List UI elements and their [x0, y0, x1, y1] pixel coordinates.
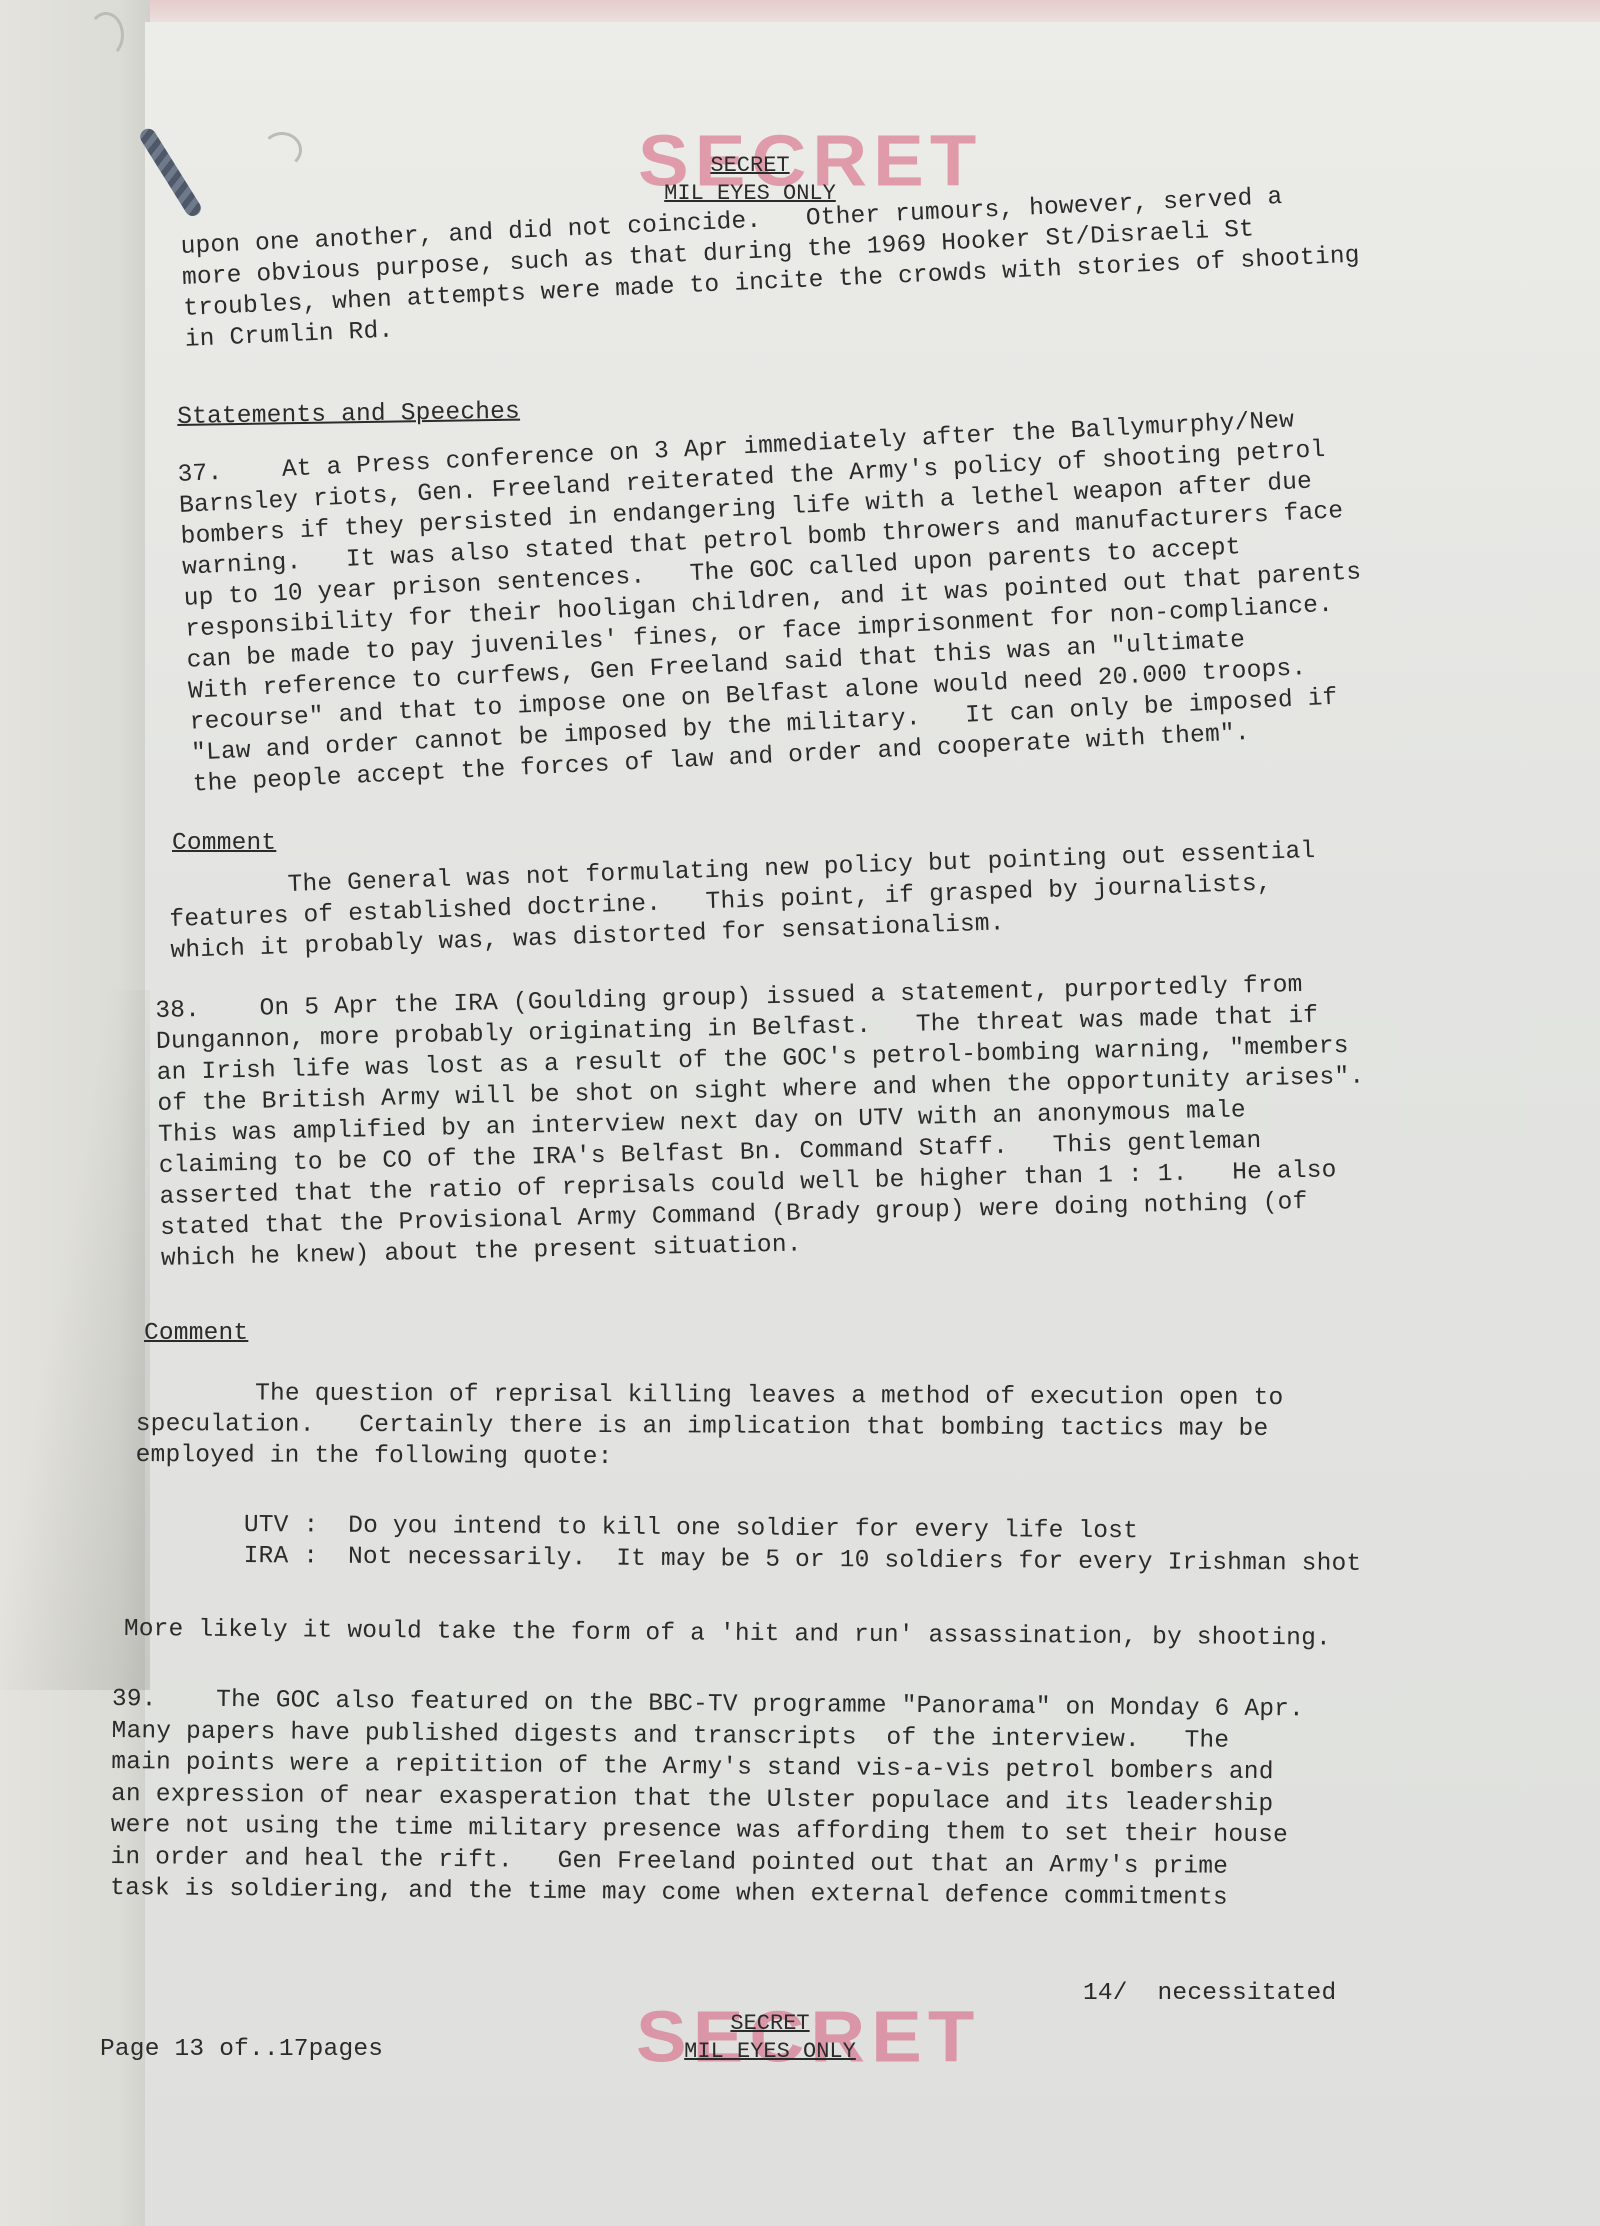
heading-comment-1: Comment	[172, 828, 276, 859]
page-number: Page 13 of..17pages	[100, 2034, 383, 2065]
paragraph-38: 38. On 5 Apr the IRA (Goulding group) is…	[155, 969, 1368, 1275]
classification-mil-eyes: MIL EYES ONLY	[650, 2038, 890, 2066]
heading-statements-and-speeches: Statements and Speeches	[177, 397, 520, 433]
classification-secret: SECRET	[650, 2010, 890, 2038]
classification-secret: SECRET	[640, 152, 860, 180]
paragraph-37: 37. At a Press conference on 3 Apr immed…	[177, 402, 1370, 800]
page-curl-shadow	[0, 990, 150, 1690]
continuation-marker: 14/ necessitated	[1083, 1978, 1336, 2009]
heading-comment-2: Comment	[144, 1318, 248, 1349]
paragraph-39: 39. The GOC also featured on the BBC-TV …	[110, 1684, 1304, 1915]
comment-paragraph-2: The question of reprisal killing leaves …	[136, 1378, 1284, 1476]
classification-top: SECRET MIL EYES ONLY	[640, 152, 860, 208]
punch-hole-icon	[262, 132, 302, 168]
punch-hole-icon	[88, 12, 124, 58]
classification-bottom: SECRET MIL EYES ONLY	[650, 2010, 890, 2066]
interview-quote: UTV : Do you intend to kill one soldier …	[244, 1510, 1362, 1580]
